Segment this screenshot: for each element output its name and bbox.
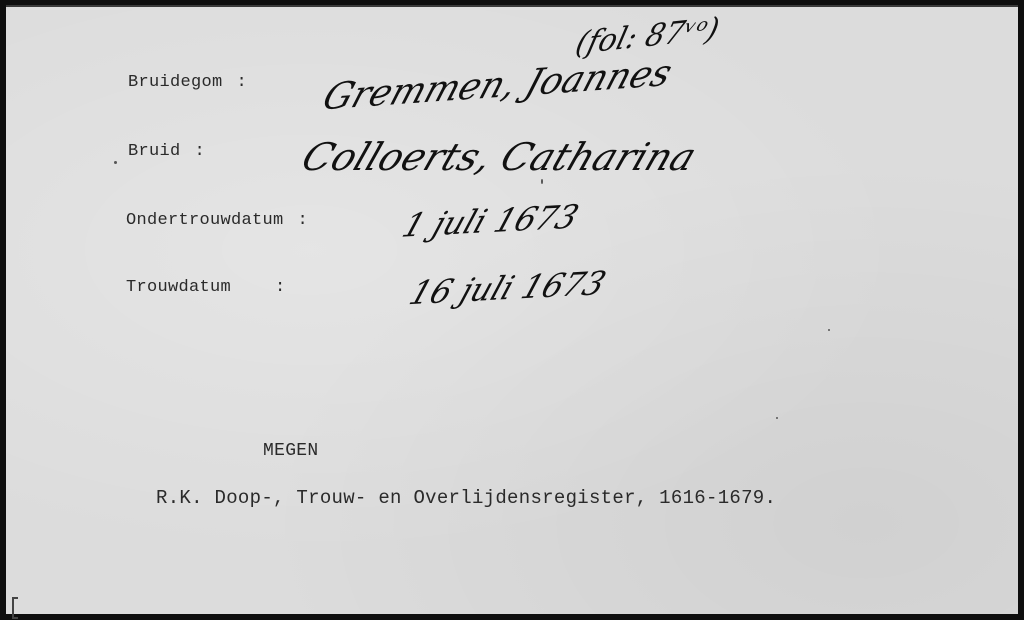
- label-text: Trouwdatum: [126, 278, 231, 297]
- field-label-trouwdatum: Trouwdatum:: [126, 278, 286, 297]
- field-label-ondertrouwdatum: Ondertrouwdatum:: [126, 211, 308, 230]
- source-reference: R.K. Doop-, Trouw- en Overlijdensregiste…: [156, 487, 776, 509]
- label-colon: :: [237, 73, 248, 92]
- label-text: Bruidegom: [128, 73, 223, 92]
- field-value-bruid: Colloerts, Catharina: [296, 135, 702, 179]
- label-colon: :: [275, 278, 286, 297]
- label-text: Ondertrouwdatum: [126, 211, 284, 230]
- field-value-trouwdatum: 16 juli 1673: [404, 264, 611, 313]
- field-label-bruidegom: Bruidegom:: [128, 73, 247, 92]
- paper-speck: [776, 417, 778, 419]
- field-value-bruidegom: Gremmen, Joannes: [318, 52, 677, 118]
- index-card: (fol: 87ᵛᵒ) Bruidegom: Gremmen, Joannes …: [6, 5, 1018, 614]
- field-label-bruid: Bruid:: [128, 142, 205, 161]
- place-name: MEGEN: [263, 441, 319, 461]
- paper-speck: [828, 329, 830, 331]
- corner-mark: [12, 597, 18, 619]
- paper-speck: [541, 179, 543, 184]
- label-colon: :: [195, 142, 206, 161]
- field-value-ondertrouwdatum: 1 juli 1673: [397, 197, 583, 245]
- label-colon: :: [298, 211, 309, 230]
- label-text: Bruid: [128, 142, 181, 161]
- paper-speck: [114, 161, 117, 164]
